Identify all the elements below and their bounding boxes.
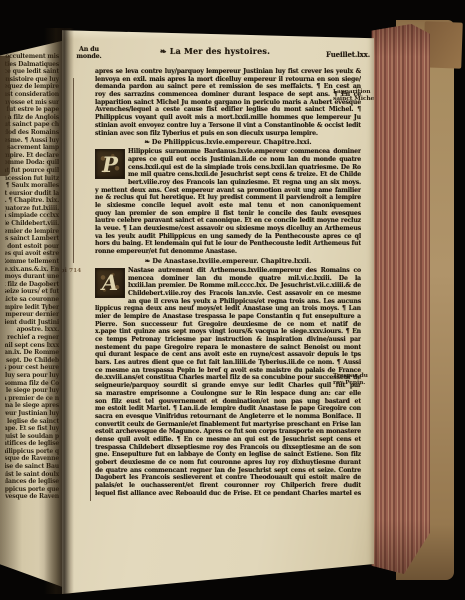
text-line: gist.iiii.c.& de Childebert.viii. (5, 220, 59, 228)
text-line: estoit archevesque de Magunce. Apres ce … (95, 428, 361, 436)
margin-rule (73, 78, 74, 263)
text-line: Childebert.viiie.roy des Fracois lan.xvi… (128, 290, 361, 298)
text-line: gnoit desser sequez de lempire (5, 83, 59, 91)
text-line: sacra en evesque Vinifridus retournant d… (95, 413, 361, 421)
text-line: gobert deuxiesme de ce nom fut couronne … (95, 459, 361, 467)
text-line: me estoit ledit Martel. ¶ Lan.ii.de lemp… (95, 405, 361, 413)
text-line: apres ce quil eut occis Justinian.ii.de … (128, 156, 361, 164)
text-line: cement de Romme tellement (5, 258, 59, 266)
text-line: an que il creva les yeulx a Philippicus/… (128, 298, 361, 306)
text-line: a Bacqua le siege pour luy (5, 387, 59, 395)
text-line: quon il locat fut pource quil (5, 167, 59, 175)
text-line: quoy lan premier de son empire il fist t… (95, 210, 361, 218)
text-line: quel requist le souldan p (5, 433, 59, 441)
text-line: mist une concession fut luitz (5, 175, 59, 183)
text-line: convertit ceulx de Germanie/et finableme… (95, 421, 361, 429)
text-line: possedez du hyosse et mis sur (5, 99, 59, 107)
facing-page-text-fragments: eianne furent occultement misonique en p… (5, 53, 59, 509)
text-line: les Philippicus porte q (5, 448, 59, 456)
text-line: naissoit. ¶ Saulx moralles (5, 182, 59, 190)
text-line: x.pape tint quinze ans sept moys vingt i… (95, 328, 361, 336)
text-line: bars. Les autres dient que ce fut fait l… (95, 359, 361, 367)
text-line: roy des sarrazins commencea dominer dura… (95, 91, 361, 99)
chapter-philippicus-paragraph: P Hilippicus surnomme Bardanus.lxvie.emp… (95, 148, 361, 256)
text-line: aultre nomme Doda: quil (5, 159, 59, 167)
text-line: y mettent deux ans. Cest empereur avant … (95, 187, 361, 195)
text-line: ne sur luy consomma filz de Co (5, 380, 59, 388)
text-line: mier de lempire de Anastase trespassa le… (95, 313, 361, 321)
running-title: ❧ La Mer des hystoires. (95, 46, 335, 56)
text-line: de son empire ledit Tyber (5, 304, 59, 312)
margin-rule (90, 437, 91, 501)
text-line: iusques lempire. Et declare (5, 152, 59, 160)
text-line: fut nouveau sacrement lamp (5, 144, 59, 152)
text-line: Philippicus voyant quil avoit mis a mort… (95, 114, 361, 122)
text-line: Et quatorze fut.lxiiii. (5, 205, 59, 213)
text-line: complices qui avoit estre (5, 250, 59, 258)
text-line: mis en exil et fut sainct pape ch (5, 121, 59, 129)
text-line: stinian avec son filz Tyberius et puis e… (95, 130, 361, 138)
text-line: dudit Lectam fut estre le pape (5, 106, 59, 114)
text-line: lequel fist alliance avec Reboauld duc d… (95, 490, 361, 498)
text-line: nestement du pape Gregoire repara le mon… (95, 344, 361, 352)
text-line: et ce quelle fust consideration (5, 91, 59, 99)
text-line: pitantene dont estoit pour (5, 243, 59, 251)
chapter-philippicus-text: Hilippicus surnomme Bardanus.lxvie.emper… (95, 148, 361, 256)
text-line: cause fut pource que ledit saint (5, 68, 59, 76)
text-line: de Romme et filz de Dagobert (5, 281, 59, 289)
woodcut-initial-a: A (95, 268, 125, 298)
text-line: les pontifices de leglise (5, 440, 59, 448)
text-line: apres se leva contre luy/parquoy lempere… (95, 68, 361, 76)
chapter-anastase-text: Nastase autrement dit Arthemeus.lxviiie.… (95, 267, 361, 498)
text-line: ledit pape. Et se fist luy (5, 425, 59, 433)
text-line: an. ¶ Chapitre. lxix. (5, 197, 59, 205)
text-line: iii. De la simpiade ccclxx (5, 212, 59, 220)
text-line: avoit occis sainct Lambert (5, 235, 59, 243)
text-line: les petulances de leglise (5, 478, 59, 486)
text-line: mil cent et sept. De Childeb (5, 357, 59, 365)
text-line: la veue. ¶ Lan deuxiesme/cest assavoir o… (95, 225, 361, 233)
text-line: sa marastre emprisonne a Coulongne sur l… (95, 390, 361, 398)
text-line: gouverna le siege apres (5, 402, 59, 410)
main-page: An du monde. ❧ La Mer des hystoires. Fue… (62, 28, 374, 594)
text-line: ce mesme an trespassa Pepin le bref q av… (95, 367, 361, 375)
woodcut-initial-p: P (95, 149, 125, 179)
text-line: les Philippicus porte que (5, 486, 59, 494)
text-line: seigneurie/parquoy sourdit si grande env… (95, 382, 361, 390)
text-line: este en leglise de sainct (5, 418, 59, 426)
text-line: archevesque de Ravenne (5, 455, 59, 463)
text-line: son filz eust tel gouvernement et domina… (95, 398, 361, 406)
text-line: bert.viiie.roy des Francois lan quinzies… (128, 179, 361, 187)
text-line: hors du baing. Et lendemain qui fut le i… (95, 240, 361, 248)
text-line: me mil quatre cens.lxxii.de Jesuchrist s… (128, 171, 361, 179)
text-line: trespassa Childebert dixseptiesme roy de… (95, 444, 361, 452)
text-line (5, 501, 59, 509)
fore-edge-page-stack (368, 24, 430, 574)
book-photograph: eianne furent occultement misonique en p… (0, 0, 465, 600)
spine-shadow (0, 56, 10, 176)
text-line: palais/et le ouchasserent/et firent cour… (95, 482, 361, 490)
text-line: eianne furent occultement mis (5, 53, 59, 61)
paragraph-continuation: apres se leva contre luy/parquoy lempere… (95, 68, 361, 137)
text-line: comenca de rechief a regner (5, 334, 59, 342)
chapter-anastase-paragraph: A Nastase autrement dit Arthemeus.lxviii… (95, 267, 361, 498)
text-line: Frise a traicte sa couronne (5, 296, 59, 304)
text-line: Lan premier de lempire (5, 228, 59, 236)
text-line: ronne empereur/et fut denomme Anastase. (95, 248, 361, 256)
text-line: Hilippicus surnomme Bardanus.lxvie.emper… (128, 148, 361, 156)
text-line: de quatre ans commencant regner lan de J… (95, 467, 361, 475)
text-line: lempereur Justinian luy (5, 410, 59, 418)
text-line: va les yeulx audit Philippicus en ung sa… (95, 233, 361, 241)
text-line: lippicus regna deux ans neuf moys/et led… (95, 305, 361, 313)
text-line: qui durant lespace de cent ans avoit est… (95, 351, 361, 359)
text-line: salet hildert eursior dudit la (5, 190, 59, 198)
text-line: stinian avoit envoyez contre luy a Terso… (95, 122, 361, 130)
text-line: trois moys seize iours/ et fut (5, 288, 59, 296)
text-line: apostre. lxxx. (5, 326, 59, 334)
text-line: teice et renesclod des Romains (5, 129, 59, 137)
text-line: lapparition sainct Michel Ju monte garga… (95, 99, 361, 107)
text-line: avoit ung moys durant une (5, 273, 59, 281)
text-line: Leon empereur dernier (5, 311, 59, 319)
text-line: mort dicelluy consistoire que luy (5, 76, 59, 84)
text-column: apres se leva contre luy/parquoy lempere… (95, 68, 361, 497)
text-line: lenvoya en exil. mais apres la mort dice… (95, 76, 361, 84)
text-line: onique en parties Dalmatiques (5, 61, 59, 69)
text-line: demanda pardon au sainct pere et remissi… (95, 83, 361, 91)
text-line: esse en leglise de sainct Bau (5, 463, 59, 471)
text-line: archevesque de Raven (5, 493, 59, 501)
text-line: ce temps Petronay triciesme par instruct… (95, 336, 361, 344)
text-line: ne luy sera pour luy (5, 372, 59, 380)
text-line: lxxiii.lan premier. De Romme mil.cccc.lx… (128, 282, 361, 290)
text-line: lui feroient dudit Justini (5, 319, 59, 327)
text-line: de.xxviii.ans/et constitua Charles marte… (95, 374, 361, 382)
text-line: Les troysiesme. ¶ Aussi luy (5, 137, 59, 145)
text-line: le sixiesme concile lequel avoit este ma… (95, 202, 361, 210)
text-line: quatre mil sept cens lxxx (5, 342, 59, 350)
text-line: et ung an.ix. De Romme (5, 349, 59, 357)
text-line: gaul requist le saint doulx (5, 471, 59, 479)
text-line: Constantin premier de ce n (5, 395, 59, 403)
text-line: mencea dominer lan du monde quatre mil.v… (128, 275, 361, 283)
text-line: fut estre pape.xix.ans.&.ix. En (5, 266, 59, 274)
chapter-heading-philippicus: ❧ De Philippicus.lxvie.empereur. Chapitr… (95, 138, 361, 147)
text-line: sept ans pour cest heure (5, 364, 59, 372)
text-line: lautre celebre paravant sainct et canoni… (95, 217, 361, 225)
text-line: natif de Rome a filz de Anglois (5, 114, 59, 122)
text-line: gne. Ensepulture fut en labbaye de Conty… (95, 451, 361, 459)
text-line: Avrenches/lequel a ceste cause fist edif… (95, 106, 361, 114)
chapter-heading-anastase: ❧ De Anastase.lxviiie.empereur. Chapitre… (95, 257, 361, 266)
text-line: Dagobert les Francois seslieverent et co… (95, 474, 361, 482)
text-line: dense quil avoit edifie. ¶ En ce mesme a… (95, 436, 361, 444)
text-line: Pierre. Son successeur fut Gregoire deux… (95, 321, 361, 329)
margin-year-note: xpi 714 (57, 268, 91, 274)
text-line: cens.lxxii.qui est de la simpiade trois … (128, 164, 361, 172)
text-line: ne & reclus qui fut heretique. Et luy pr… (95, 194, 361, 202)
text-line: Nastase autrement dit Arthemeus.lxviiie.… (128, 267, 361, 275)
